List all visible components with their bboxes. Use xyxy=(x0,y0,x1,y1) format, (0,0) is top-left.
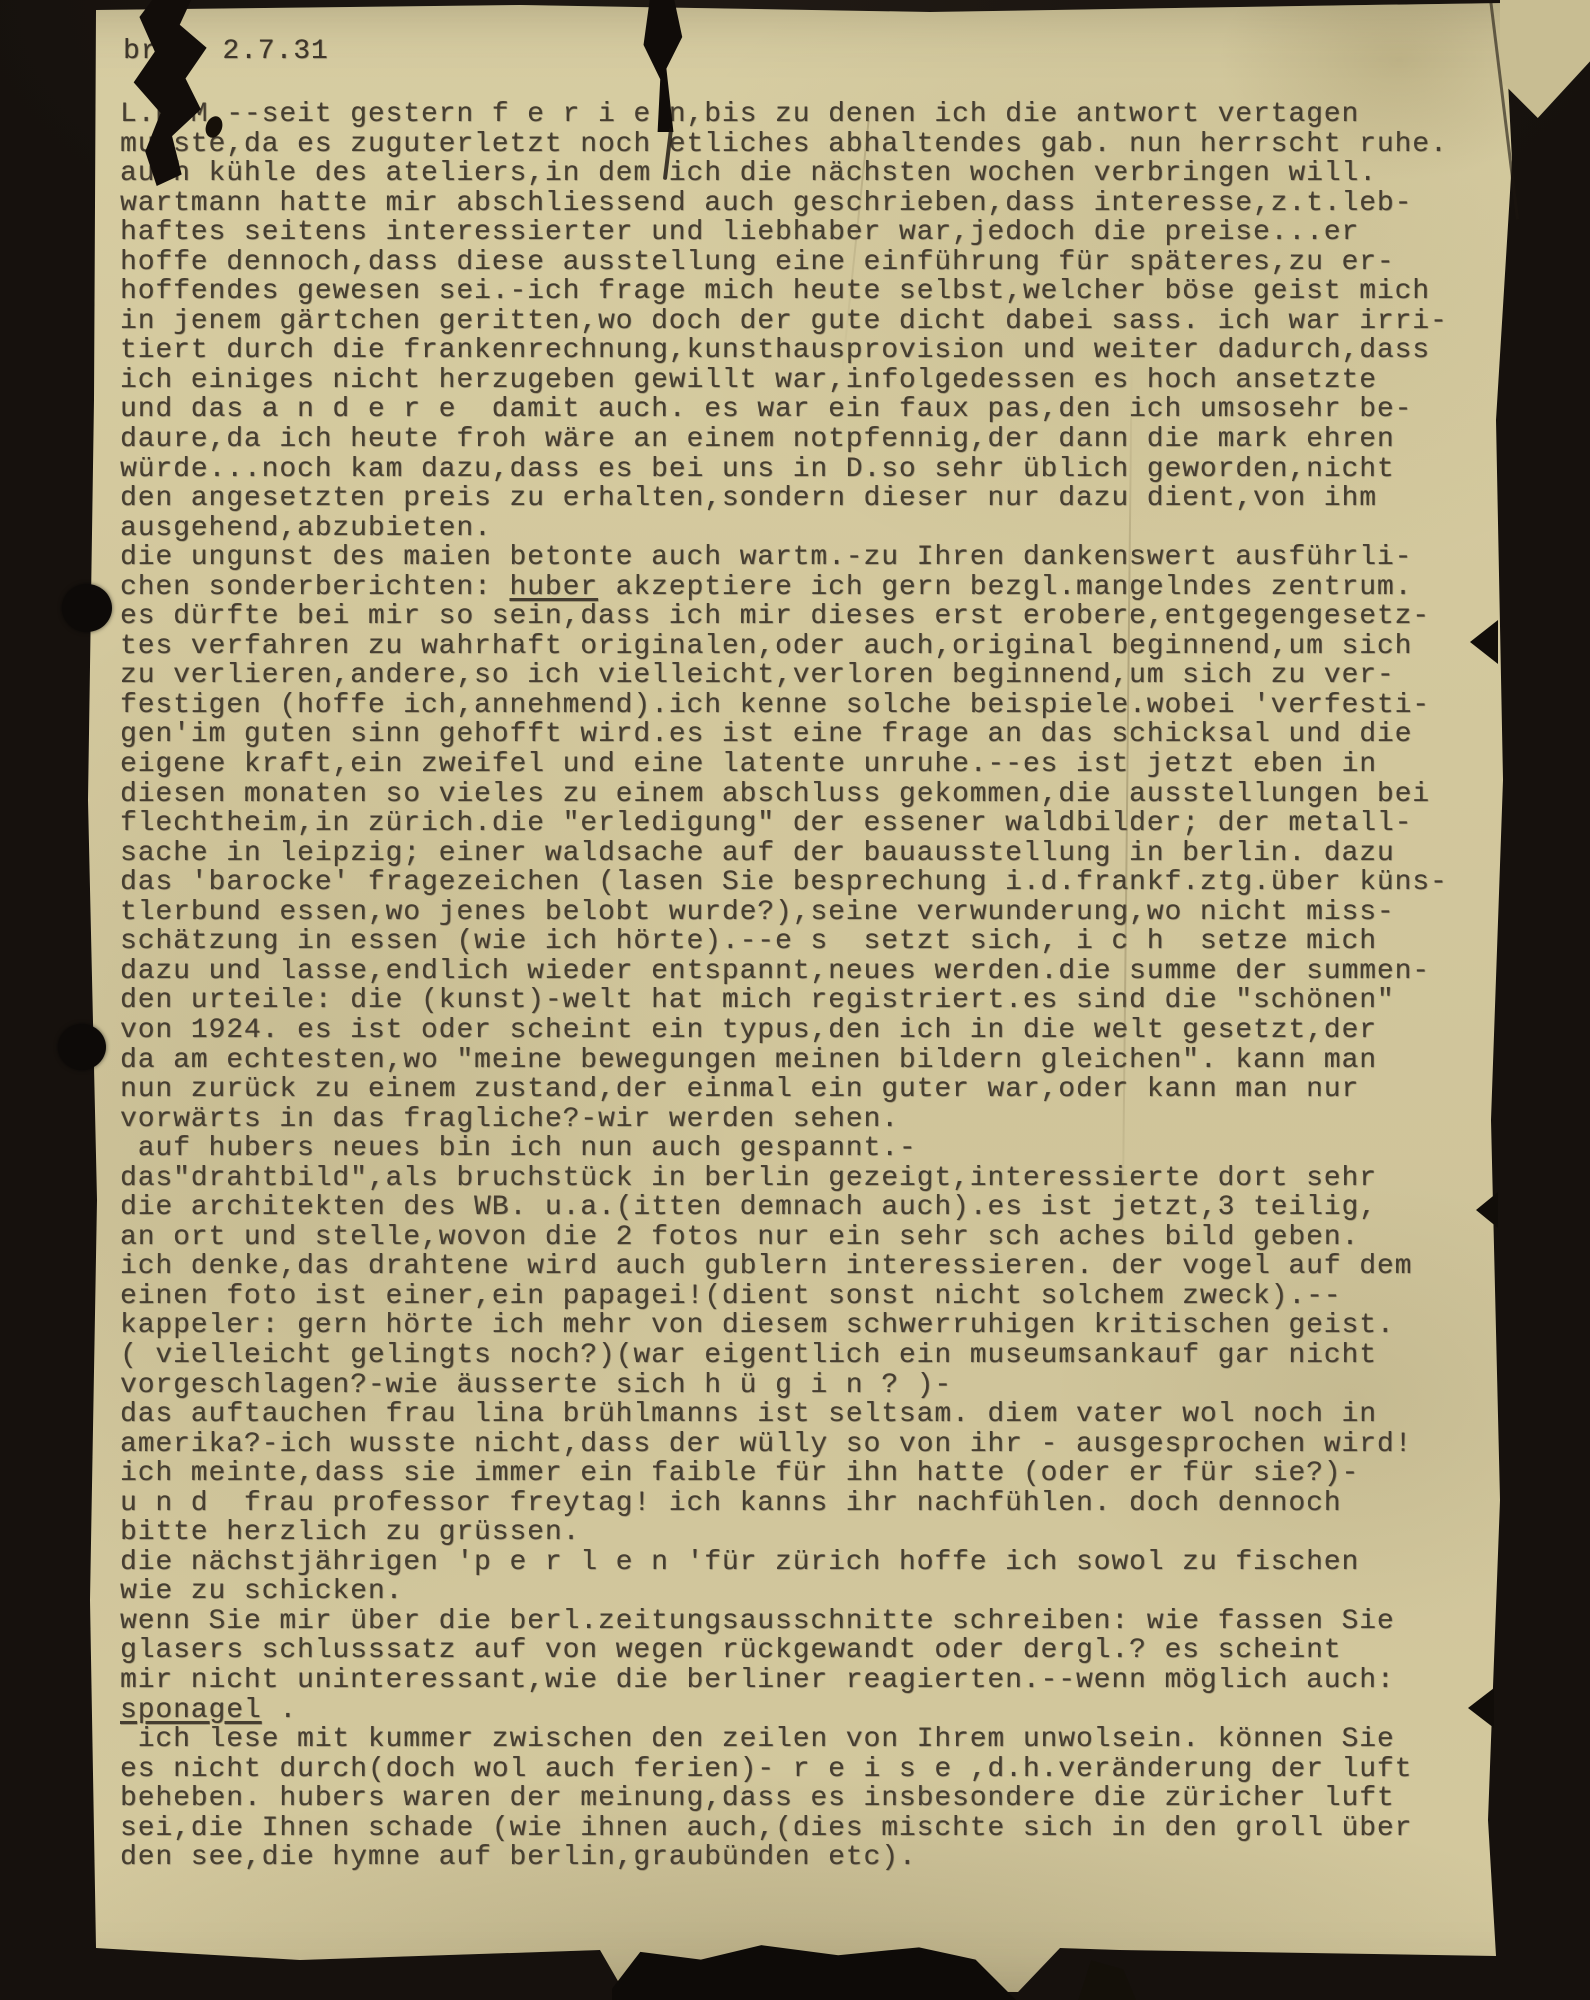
letter-line: schätzung in essen (wie ich hörte).--e s… xyxy=(120,927,1480,957)
letter-line: daure,da ich heute froh wäre an einem no… xyxy=(120,425,1480,455)
letter-line: ausgehend,abzubieten. xyxy=(120,514,1480,544)
letter-line: tes verfahren zu wahrhaft originalen,ode… xyxy=(120,632,1480,662)
letter-line: musste,da es zuguterletzt noch etliches … xyxy=(120,130,1480,160)
letter-line: das auftauchen frau lina brühlmanns ist … xyxy=(120,1400,1480,1430)
letter-line: diesen monaten so vieles zu einem abschl… xyxy=(120,780,1480,810)
letter-line: eigene kraft,ein zweifel und eine latent… xyxy=(120,750,1480,780)
letter-line: die nächstjährigen 'p e r l e n 'für zür… xyxy=(120,1548,1480,1578)
letter-line: mir nicht uninteressant,wie die berliner… xyxy=(120,1666,1480,1696)
letter-line: nun zurück zu einem zustand,der einmal e… xyxy=(120,1075,1480,1105)
letter-line: u n d frau professor freytag! ich kanns … xyxy=(120,1489,1480,1519)
letter-line: sache in leipzig; einer waldsache auf de… xyxy=(120,839,1480,869)
letter-line: da am echtesten,wo "meine bewegungen mei… xyxy=(120,1046,1480,1076)
letter-line: flechtheim,in zürich.die "erledigung" de… xyxy=(120,809,1480,839)
letter-line: festigen (hoffe ich,annehmend).ich kenne… xyxy=(120,691,1480,721)
letter-line: es nicht durch(doch wol auch ferien)- r … xyxy=(120,1755,1480,1785)
letter-line: L.H.M.--seit gestern f e r i e n,bis zu … xyxy=(120,100,1480,130)
letter-body: L.H.M.--seit gestern f e r i e n,bis zu … xyxy=(120,100,1480,1873)
letter-line: ( vielleicht gelingts noch?)(war eigentl… xyxy=(120,1341,1480,1371)
torn-corner-fragment xyxy=(1500,0,1590,118)
letter-line: beheben. hubers waren der meinung,dass e… xyxy=(120,1784,1480,1814)
letter-line: es dürfte bei mir so sein,dass ich mir d… xyxy=(120,602,1480,632)
letter-line: ich meinte,dass sie immer ein faible für… xyxy=(120,1459,1480,1489)
letter-line: amerika?-ich wusste nicht,dass der wülly… xyxy=(120,1430,1480,1460)
letter-line: von 1924. es ist oder scheint ein typus,… xyxy=(120,1016,1480,1046)
letter-line: hoffendes gewesen sei.-ich frage mich he… xyxy=(120,277,1480,307)
letter-line: auch kühle des ateliers,in dem ich die n… xyxy=(120,159,1480,189)
letter-line: die architekten des WB. u.a.(itten demna… xyxy=(120,1193,1480,1223)
letter-line: kappeler: gern hörte ich mehr von diesem… xyxy=(120,1311,1480,1341)
letter-line: wartmann hatte mir abschliessend auch ge… xyxy=(120,189,1480,219)
letter-line: auf hubers neues bin ich nun auch gespan… xyxy=(120,1134,1480,1164)
letter-line: tiert durch die frankenrechnung,kunsthau… xyxy=(120,336,1480,366)
letter-line: den urteile: die (kunst)-welt hat mich r… xyxy=(120,986,1480,1016)
letter-line: das"drahtbild",als bruchstück in berlin … xyxy=(120,1164,1480,1194)
letter-line: ich lese mit kummer zwischen den zeilen … xyxy=(120,1725,1480,1755)
header-date: 2.7.31 xyxy=(222,36,328,67)
letter-line: dazu und lasse,endlich wieder entspannt,… xyxy=(120,957,1480,987)
letter-line: an ort und stelle,wovon die 2 fotos nur … xyxy=(120,1223,1480,1253)
letter-line: das 'barocke' fragezeichen (lasen Sie be… xyxy=(120,868,1480,898)
hole-punch-top xyxy=(62,584,112,632)
letter-line: sei,die Ihnen schade (wie ihnen auch,(di… xyxy=(120,1814,1480,1844)
letter-line: haftes seitens interessierter und liebha… xyxy=(120,218,1480,248)
underlined-word: huber xyxy=(509,572,598,603)
letter-line: wie zu schicken. xyxy=(120,1577,1480,1607)
hole-punch-bottom xyxy=(58,1024,106,1070)
letter-line: vorgeschlagen?-wie äusserte sich h ü g i… xyxy=(120,1371,1480,1401)
bottom-smudge xyxy=(1072,1956,1136,2000)
letter-line: den angesetzten preis zu erhalten,sonder… xyxy=(120,484,1480,514)
letter-line: gen'im guten sinn gehofft wird.es ist ei… xyxy=(120,720,1480,750)
letter-line: einen foto ist einer,ein papagei!(dient … xyxy=(120,1282,1480,1312)
letter-line: würde...noch kam dazu,dass es bei uns in… xyxy=(120,455,1480,485)
letter-line: und das a n d e r e damit auch. es war e… xyxy=(120,395,1480,425)
letter-line: ich denke,das drahtene wird auch gublern… xyxy=(120,1252,1480,1282)
letter-line: chen sonderberichten: huber akzeptiere i… xyxy=(120,573,1480,603)
letter-line: bitte herzlich zu grüssen. xyxy=(120,1518,1480,1548)
letter-line: die ungunst des maien betonte auch wartm… xyxy=(120,543,1480,573)
letter-line: sponagel . xyxy=(120,1696,1480,1726)
letter-line: glasers schlusssatz auf von wegen rückge… xyxy=(120,1636,1480,1666)
letter-line: wenn Sie mir über die berl.zeitungsaussc… xyxy=(120,1607,1480,1637)
letter-line: tlerbund essen,wo jenes belobt wurde?),s… xyxy=(120,898,1480,928)
scan-background: br2.7.31 L.H.M.--seit gestern f e r i e … xyxy=(0,0,1590,2000)
underlined-word: sponagel xyxy=(120,1695,262,1726)
letter-line: ich einiges nicht herzugeben gewillt war… xyxy=(120,366,1480,396)
letter-line: vorwärts in das fragliche?-wir werden se… xyxy=(120,1105,1480,1135)
letter-line: den see,die hymne auf berlin,graubünden … xyxy=(120,1843,1480,1873)
letter-line: in jenem gärtchen geritten,wo doch der g… xyxy=(120,307,1480,337)
letter-line: zu verlieren,andere,so ich vielleicht,ve… xyxy=(120,661,1480,691)
letter-line: hoffe dennoch,dass diese ausstellung ein… xyxy=(120,248,1480,278)
